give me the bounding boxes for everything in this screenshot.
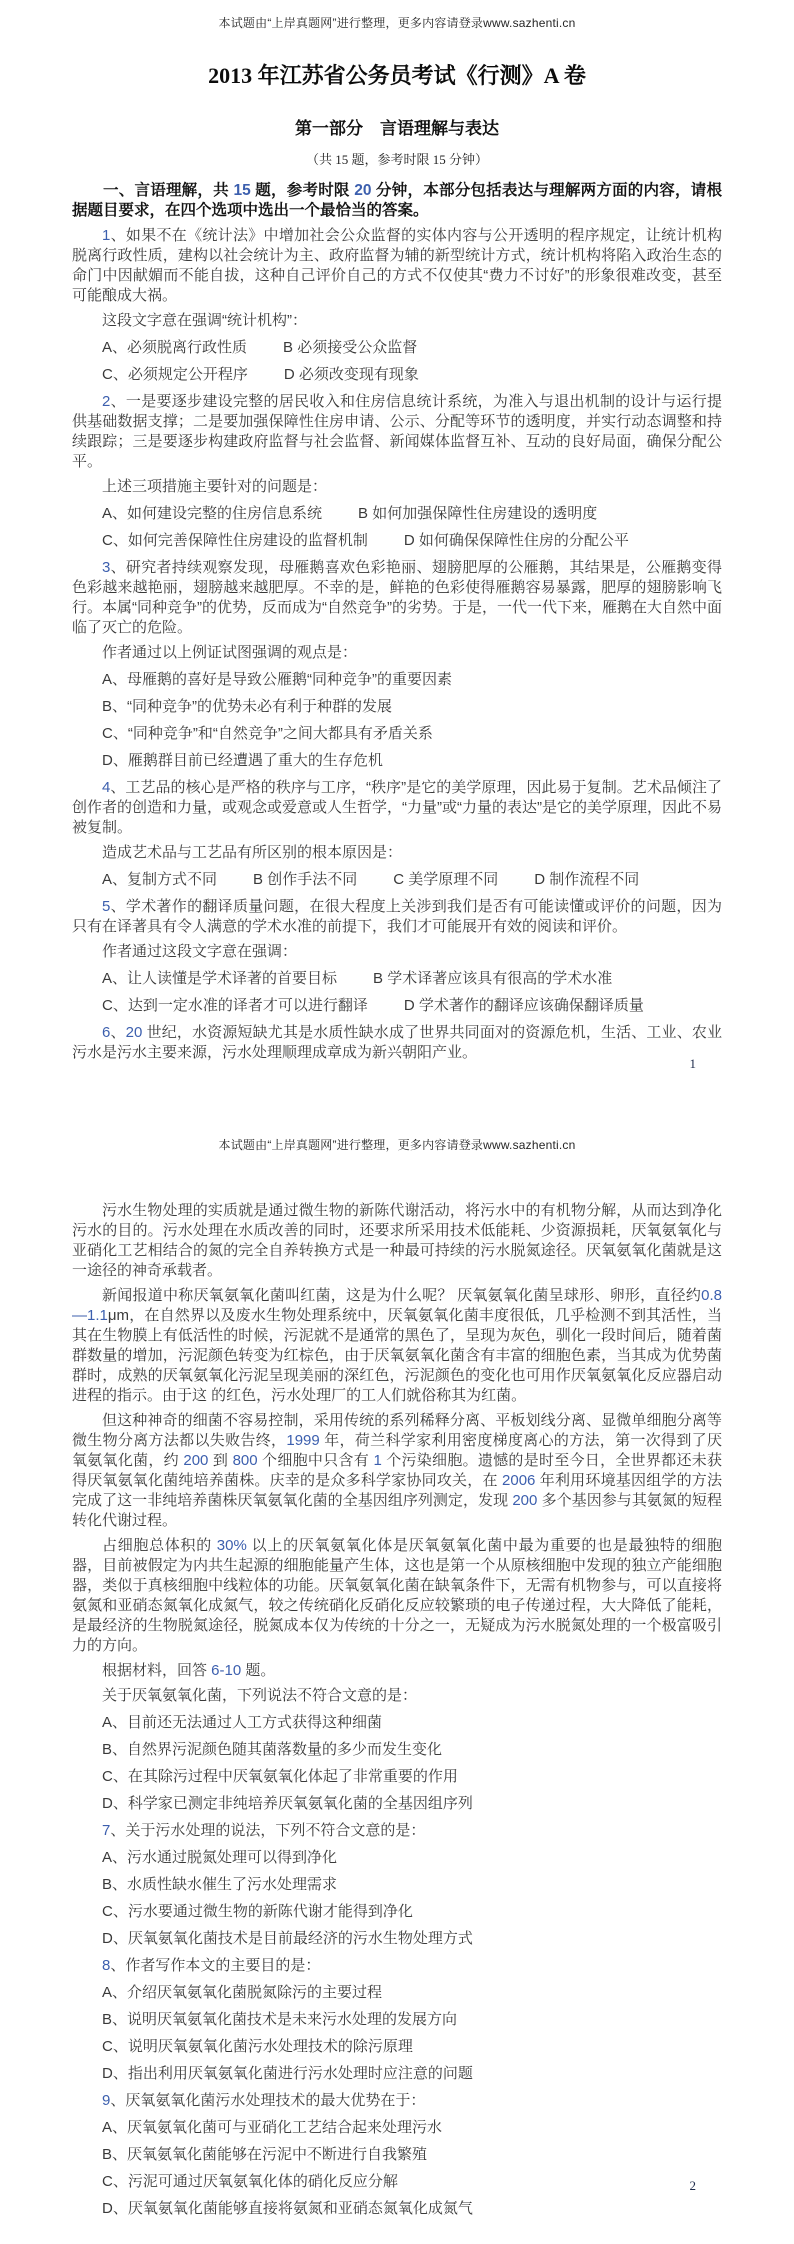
page-watermark-header: 本试题由“上岸真题网”进行整理，更多内容请登录www.sazhenti.cn xyxy=(0,1122,794,1153)
option-item: D 学术著作的翻译应该确保翻译质量 xyxy=(404,996,644,1016)
options-row: C、达到一定水准的译者才可以进行翻译D 学术著作的翻译应该确保翻译质量 xyxy=(72,996,722,1016)
options-row: A、厌氧氨氧化菌可与亚硝化工艺结合起来处理污水 xyxy=(72,2118,722,2138)
text-paragraph: 根据材料，回答 6-10 题。 xyxy=(72,1661,722,1681)
options-row: B、厌氧氨氧化菌能够在污泥中不断进行自我繁殖 xyxy=(72,2145,722,2165)
option-item: B 学术译著应该具有很高的学术水准 xyxy=(373,969,612,989)
part-heading: 第一部分 言语理解与表达 xyxy=(72,114,722,139)
text-paragraph: 6、20 世纪，水资源短缺尤其是水质性缺水成了世界共同面对的资源危机，生活、工业… xyxy=(72,1023,722,1063)
options-row: B、说明厌氧氨氧化菌技术是未来污水处理的发展方向 xyxy=(72,2010,722,2030)
text-paragraph: 占细胞总体积的 30% 以上的厌氧氨氧化体是厌氧氨氧化菌中最为重要的也是最独特的… xyxy=(72,1536,722,1656)
options-row: D、厌氧氨氧化菌技术是目前最经济的污水生物处理方式 xyxy=(72,1929,722,1949)
options-row: A、目前还无法通过人工方式获得这种细菌 xyxy=(72,1713,722,1733)
option-item: A、厌氧氨氧化菌可与亚硝化工艺结合起来处理污水 xyxy=(102,2118,442,2138)
option-item: B、说明厌氧氨氧化菌技术是未来污水处理的发展方向 xyxy=(102,2010,457,2030)
option-item: C、在其除污过程中厌氧氨氧化体起了非常重要的作用 xyxy=(102,1767,458,1787)
options-row: A、让人读懂是学术译著的首要目标B 学术译著应该具有很高的学术水准 xyxy=(72,969,722,989)
options-row: C、在其除污过程中厌氧氨氧化体起了非常重要的作用 xyxy=(72,1767,722,1787)
option-item: D 如何确保保障性住房的分配公平 xyxy=(404,531,629,551)
option-item: D、科学家已测定非纯培养厌氧氨氧化菌的全基因组序列 xyxy=(102,1794,473,1814)
option-item: B 如何加强保障性住房建设的透明度 xyxy=(358,504,597,524)
page-content: 污水生物处理的实质就是通过微生物的新陈代谢活动，将污水中的有机物分解，从而达到净… xyxy=(0,1201,794,2219)
options-row: D、科学家已测定非纯培养厌氧氨氧化菌的全基因组序列 xyxy=(72,1794,722,1814)
option-item: D、指出利用厌氧氨氧化菌进行污水处理时应注意的问题 xyxy=(102,2064,473,2084)
text-paragraph: 关于厌氧氨氧化菌，下列说法不符合文意的是： xyxy=(72,1686,722,1706)
text-paragraph: 1、如果不在《统计法》中增加社会公众监督的实体内容与公开透明的程序规定，让统计机… xyxy=(72,226,722,306)
option-item: B 必须接受公众监督 xyxy=(283,338,417,358)
option-item: B、“同种竞争”的优势未必有利于种群的发展 xyxy=(102,697,392,717)
text-paragraph: 7、关于污水处理的说法，下列不符合文意的是： xyxy=(72,1821,722,1841)
text-paragraph: 5、学术著作的翻译质量问题，在很大程度上关涉到我们是否有可能读懂或评价的问题，因… xyxy=(72,897,722,937)
options-row: C、污水要通过微生物的新陈代谢才能得到净化 xyxy=(72,1902,722,1922)
page-number: 1 xyxy=(690,1056,697,1072)
option-item: A、目前还无法通过人工方式获得这种细菌 xyxy=(102,1713,382,1733)
option-item: D 必须改变现有现象 xyxy=(284,365,419,385)
option-item: A、必须脱离行政性质 xyxy=(102,338,247,358)
text-paragraph: 作者通过以上例证试图强调的观点是： xyxy=(72,643,722,663)
text-paragraph: 污水生物处理的实质就是通过微生物的新陈代谢活动，将污水中的有机物分解，从而达到净… xyxy=(72,1201,722,1281)
options-row: C、如何完善保障性住房建设的监督机制D 如何确保保障性住房的分配公平 xyxy=(72,531,722,551)
option-item: C、达到一定水准的译者才可以进行翻译 xyxy=(102,996,368,1016)
options-row: C、必须规定公开程序D 必须改变现有现象 xyxy=(72,365,722,385)
option-item: C、污泥可通过厌氧氨氧化体的硝化反应分解 xyxy=(102,2172,398,2192)
option-item: A、介绍厌氧氨氧化菌脱氮除污的主要过程 xyxy=(102,1983,382,2003)
text-paragraph: 上述三项措施主要针对的问题是： xyxy=(72,477,722,497)
page-2: 本试题由“上岸真题网”进行整理，更多内容请登录www.sazhenti.cn污水… xyxy=(0,1122,794,2244)
option-item: D、厌氧氨氧化菌能够直接将氨氮和亚硝态氮氧化成氮气 xyxy=(102,2199,473,2219)
text-paragraph: 4、工艺品的核心是严格的秩序与工序，“秩序”是它的美学原理，因此易于复制。艺术品… xyxy=(72,778,722,838)
option-item: B 创作手法不同 xyxy=(253,870,357,890)
option-item: A、复制方式不同 xyxy=(102,870,217,890)
option-item: A、如何建设完整的住房信息系统 xyxy=(102,504,322,524)
options-row: A、复制方式不同B 创作手法不同C 美学原理不同D 制作流程不同 xyxy=(72,870,722,890)
options-row: C、“同种竞争”和“自然竞争”之间大都具有矛盾关系 xyxy=(72,724,722,744)
options-row: C、说明厌氧氨氧化菌污水处理技术的除污原理 xyxy=(72,2037,722,2057)
option-item: C、必须规定公开程序 xyxy=(102,365,248,385)
option-item: C、如何完善保障性住房建设的监督机制 xyxy=(102,531,368,551)
text-paragraph: 8、作者写作本文的主要目的是： xyxy=(72,1956,722,1976)
text-paragraph: 3、研究者持续观察发现，母雁鹅喜欢色彩艳丽、翅膀肥厚的公雁鹅，其结果是，公雁鹅变… xyxy=(72,558,722,638)
options-row: D、雁鹅群目前已经遭遇了重大的生存危机 xyxy=(72,751,722,771)
options-row: B、水质性缺水催生了污水处理需求 xyxy=(72,1875,722,1895)
option-item: A、污水通过脱氮处理可以得到净化 xyxy=(102,1848,337,1868)
option-item: D、厌氧氨氧化菌技术是目前最经济的污水生物处理方式 xyxy=(102,1929,473,1949)
options-row: A、母雁鹅的喜好是导致公雁鹅“同种竞争”的重要因素 xyxy=(72,670,722,690)
options-row: A、介绍厌氧氨氧化菌脱氮除污的主要过程 xyxy=(72,1983,722,2003)
text-paragraph: 造成艺术品与工艺品有所区别的根本原因是： xyxy=(72,843,722,863)
text-paragraph: 2、一是要逐步建设完整的居民收入和住房信息统计系统，为准入与退出机制的设计与运行… xyxy=(72,392,722,472)
option-item: B、水质性缺水催生了污水处理需求 xyxy=(102,1875,337,1895)
option-item: B、自然界污泥颜色随其菌落数量的多少而发生变化 xyxy=(102,1740,442,1760)
option-item: A、让人读懂是学术译著的首要目标 xyxy=(102,969,337,989)
page-1: 本试题由“上岸真题网”进行整理，更多内容请登录www.sazhenti.cn20… xyxy=(0,0,794,1122)
option-item: D、雁鹅群目前已经遭遇了重大的生存危机 xyxy=(102,751,383,771)
exam-title: 2013 年江苏省公务员考试《行测》A 卷 xyxy=(72,59,722,90)
options-row: C、污泥可通过厌氧氨氧化体的硝化反应分解 xyxy=(72,2172,722,2192)
text-paragraph: 作者通过这段文字意在强调： xyxy=(72,942,722,962)
page-content: 2013 年江苏省公务员考试《行测》A 卷第一部分 言语理解与表达（共 15 题… xyxy=(0,59,794,1063)
options-row: A、如何建设完整的住房信息系统B 如何加强保障性住房建设的透明度 xyxy=(72,504,722,524)
option-item: B、厌氧氨氧化菌能够在污泥中不断进行自我繁殖 xyxy=(102,2145,427,2165)
options-row: B、“同种竞争”的优势未必有利于种群的发展 xyxy=(72,697,722,717)
option-item: C、“同种竞争”和“自然竞争”之间大都具有矛盾关系 xyxy=(102,724,433,744)
option-item: C、说明厌氧氨氧化菌污水处理技术的除污原理 xyxy=(102,2037,413,2057)
options-row: D、指出利用厌氧氨氧化菌进行污水处理时应注意的问题 xyxy=(72,2064,722,2084)
text-paragraph: 这段文字意在强调“统计机构”： xyxy=(72,311,722,331)
option-item: C、污水要通过微生物的新陈代谢才能得到净化 xyxy=(102,1902,413,1922)
text-paragraph: 但这种神奇的细菌不容易控制，采用传统的系列稀释分离、平板划线分离、显微单细胞分离… xyxy=(72,1411,722,1531)
options-row: B、自然界污泥颜色随其菌落数量的多少而发生变化 xyxy=(72,1740,722,1760)
page-number: 2 xyxy=(690,2178,697,2194)
options-row: A、污水通过脱氮处理可以得到净化 xyxy=(72,1848,722,1868)
option-item: D 制作流程不同 xyxy=(534,870,639,890)
options-row: D、厌氧氨氧化菌能够直接将氨氮和亚硝态氮氧化成氮气 xyxy=(72,2199,722,2219)
option-item: C 美学原理不同 xyxy=(393,870,498,890)
exam-document: 本试题由“上岸真题网”进行整理，更多内容请登录www.sazhenti.cn20… xyxy=(0,0,794,2244)
option-item: A、母雁鹅的喜好是导致公雁鹅“同种竞争”的重要因素 xyxy=(102,670,452,690)
page-watermark-header: 本试题由“上岸真题网”进行整理，更多内容请登录www.sazhenti.cn xyxy=(0,0,794,31)
part-meta: （共 15 题，参考时限 15 分钟） xyxy=(72,149,722,168)
section-instructions: 一、言语理解，共 15 题，参考时限 20 分钟，本部分包括表达与理解两方面的内… xyxy=(72,181,722,221)
text-paragraph: 新闻报道中称厌氧氨氧化菌叫红菌，这是为什么呢？ 厌氧氨氧化菌呈球形、卵形，直径约… xyxy=(72,1286,722,1406)
text-paragraph: 9、厌氧氨氧化菌污水处理技术的最大优势在于： xyxy=(72,2091,722,2111)
options-row: A、必须脱离行政性质B 必须接受公众监督 xyxy=(72,338,722,358)
